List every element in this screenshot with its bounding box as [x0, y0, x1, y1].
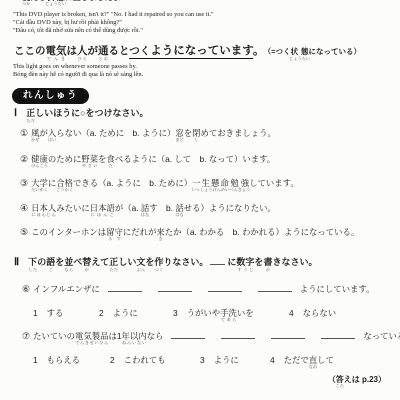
question-5-text: このインターホンは留守るすにだれが来きたか（a. わかる b. わかれる）ように… — [31, 227, 359, 237]
answer-page-note: （答こたえは p.23） — [328, 374, 386, 388]
question-7-text: たいていの電気製品でんきせいひんは1年以内ねんいないならなっている。 — [33, 331, 400, 341]
intro-translation-vi-1: "Cái đầu DVD này, bị hư rồi phải không?" — [13, 19, 122, 26]
worksheet-page: { "page": { "paper": "#fcfcfa", "ink": "… — [0, 0, 400, 400]
example-translation-vi: Bóng đèn này hễ có người đi qua là nó sẽ… — [13, 71, 143, 78]
question-7-option-4: 4 ただで直なおして — [270, 355, 334, 369]
option-text: ように — [214, 355, 239, 369]
option-number: 4 — [289, 308, 294, 322]
option-text: もらえる — [47, 355, 81, 369]
question-7-option-1: 1 もらえる — [33, 355, 110, 369]
clipped-top-line: 使つかえる状態じょうたいに直しましたよ — [22, 0, 121, 9]
option-number: 1 — [33, 308, 38, 322]
option-text: こわれても — [124, 355, 166, 369]
question-1-text: 風かぜが入はいらない（a. ために b. ように）窓まどを閉しめておきましょう。 — [31, 128, 276, 138]
question-1: ①風かぜが入はいらない（a. ために b. ように）窓まどを閉しめておきましょう… — [20, 128, 276, 142]
question-6-option-4: 4 ならない — [289, 308, 336, 322]
clipped-top-line-text: 使つかえる状態じょうたいに直しましたよ — [22, 0, 121, 6]
question-4-text: 日本人にほんじんみたいに日本語にほんごが（a. 話はなす b. 話はなせる）よう… — [31, 203, 276, 213]
question-5-number: ⑤ — [20, 227, 28, 237]
question-7: ⑦たいていの電気製品でんきせいひんは1年以内ねんいないならなっている。 — [22, 330, 400, 345]
question-7-option-2: 2 こわれても — [110, 355, 200, 369]
question-3: ③大学だいがくに合格ごうかくできる（a. ように b. ために）一生懸命いっしょ… — [20, 178, 299, 192]
question-4-number: ④ — [20, 203, 28, 213]
question-6-option-1: 1 する — [33, 308, 99, 322]
option-number: 4 — [270, 355, 275, 369]
renshuu-badge: れんしゅう — [12, 88, 89, 104]
question-6-text: インフルエンザにようにしています。 — [33, 284, 374, 294]
question-2-number: ② — [20, 154, 28, 164]
option-number: 2 — [99, 308, 104, 322]
section-2-header: Ⅱ下したの語ごを並ならべ替かえて正ただしい文ぶんを作つくりなさい。に数字すうじを… — [14, 256, 317, 272]
question-7-options: 1 もらえる 2 こわれても 3 ように 4 ただで直なおして — [33, 355, 334, 369]
question-7-option-3: 3 ように — [200, 355, 270, 369]
question-6-options: 1 する 2 ように 3 うがいや手洗てあらいを 4 ならない — [33, 308, 336, 322]
option-text: する — [47, 308, 64, 322]
option-number: 2 — [110, 355, 115, 369]
example-sentence: ここの電気でんきは人ひとが通とおるとつくようになっています。（=つく状態じょうた… — [14, 45, 361, 61]
question-6-option-2: 2 ように — [99, 308, 173, 322]
section-1-header: Ⅰ正ただしいほうに○をつけなさい。 — [14, 108, 149, 123]
option-text: ただで直なおして — [284, 355, 334, 369]
section-2-numeral: Ⅱ — [14, 257, 19, 268]
example-translation-en: This light goes on whenever someone pass… — [13, 63, 137, 70]
example-sentence-text: ここの電気でんきは人ひとが通とおるとつくようになっています。 — [14, 45, 264, 59]
question-5: ⑤このインターホンは留守るすにだれが来きたか（a. わかる b. わかれる）よう… — [20, 227, 359, 241]
example-grammar-note: （=つく状態じょうたいになっている） — [267, 47, 361, 56]
option-text: うがいや手洗てあらいを — [187, 308, 254, 322]
question-1-number: ① — [20, 128, 28, 138]
question-6-number: ⑥ — [22, 284, 30, 294]
question-2-text: 健康けんこうのために野菜やさいを食たべるように（a. して b. なって）います… — [31, 154, 275, 164]
section-1-numeral: Ⅰ — [14, 108, 17, 119]
option-number: 1 — [33, 355, 38, 369]
intro-translation-vi-2: "Đâu có, tôi đã nhờ sửa nên có thể dùng … — [13, 27, 143, 34]
section-1-title: 正ただしいほうに○をつけなさい。 — [26, 108, 148, 118]
question-7-number: ⑦ — [22, 331, 30, 341]
option-text: ならない — [303, 308, 337, 322]
intro-translation-en: "This DVD player is broken, isn't it?" "… — [13, 11, 214, 18]
question-2: ②健康けんこうのために野菜やさいを食たべるように（a. して b. なって）いま… — [20, 154, 275, 168]
option-number: 3 — [173, 308, 178, 322]
question-6: ⑥インフルエンザにようにしています。 — [22, 283, 374, 294]
question-3-text: 大学だいがくに合格ごうかくできる（a. ように b. ために）一生懸命いっしょう… — [31, 178, 299, 188]
option-text: ように — [113, 308, 138, 322]
section-2-title: 下したの語ごを並ならべ替かえて正ただしい文ぶんを作つくりなさい。に数字すうじを書… — [28, 257, 317, 267]
option-number: 3 — [200, 355, 205, 369]
question-4: ④日本人にほんじんみたいに日本語にほんごが（a. 話はなす b. 話はなせる）よ… — [20, 203, 276, 217]
question-3-number: ③ — [20, 178, 28, 188]
question-6-option-3: 3 うがいや手洗てあらいを — [173, 308, 289, 322]
